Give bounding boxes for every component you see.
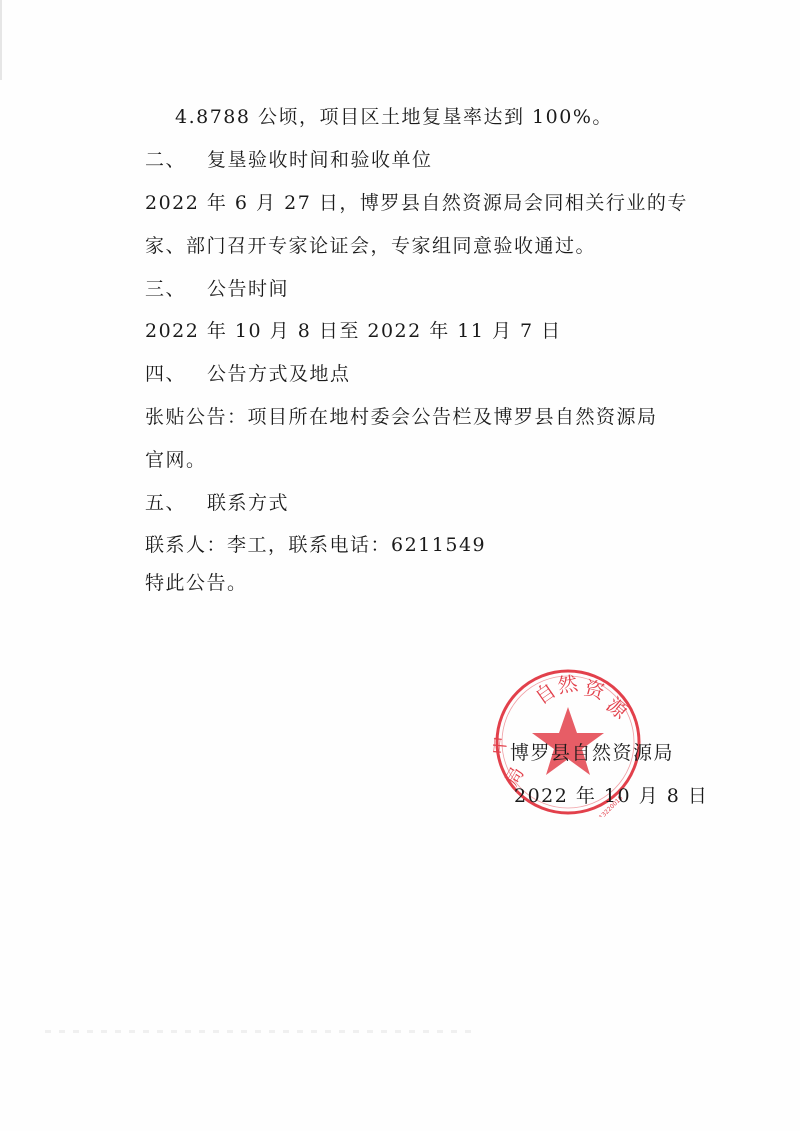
scan-artifact [45, 1030, 475, 1033]
section-number: 五、 [145, 491, 207, 515]
section-5-body: 联系人：李工，联系电话：6211549 [145, 533, 486, 557]
closing-line: 特此公告。 [145, 571, 248, 595]
document-page: 4.8788 公顷，项目区土地复垦率达到 100%。 二、复垦验收时间和验收单位… [0, 0, 800, 1131]
signature-date: 2022 年 10 月 8 日 [514, 784, 708, 808]
section-2-body-line-2: 家、部门召开专家论证会，专家组同意验收通过。 [145, 234, 596, 258]
section-title: 联系方式 [207, 492, 289, 514]
section-title: 复垦验收时间和验收单位 [207, 149, 433, 171]
section-number: 四、 [145, 362, 207, 386]
svg-text:中: 中 [493, 736, 511, 756]
section-2-body-line-1: 2022 年 6 月 27 日，博罗县自然资源局会同相关行业的专 [145, 191, 688, 215]
svg-text:源: 源 [602, 692, 634, 724]
section-5-heading: 五、联系方式 [145, 491, 289, 515]
section-4-body-line-1: 张贴公告：项目所在地村委会公告栏及博罗县自然资源局 [145, 405, 658, 429]
area-line: 4.8788 公顷，项目区土地复垦率达到 100%。 [175, 105, 613, 129]
section-title: 公告方式及地点 [207, 363, 351, 385]
section-3-heading: 三、公告时间 [145, 277, 289, 301]
section-number: 三、 [145, 277, 207, 301]
section-3-body: 2022 年 10 月 8 日至 2022 年 11 月 7 日 [145, 319, 562, 343]
svg-text:然: 然 [556, 671, 581, 698]
section-title: 公告时间 [207, 278, 289, 300]
svg-text:自: 自 [530, 678, 560, 709]
section-4-body-line-2: 官网。 [145, 448, 207, 472]
signature-organization: 博罗县自然资源局 [510, 741, 674, 765]
section-2-heading: 二、复垦验收时间和验收单位 [145, 148, 433, 172]
svg-text:资: 资 [582, 676, 608, 705]
section-number: 二、 [145, 148, 207, 172]
section-4-heading: 四、公告方式及地点 [145, 362, 351, 386]
scan-edge [0, 0, 2, 80]
